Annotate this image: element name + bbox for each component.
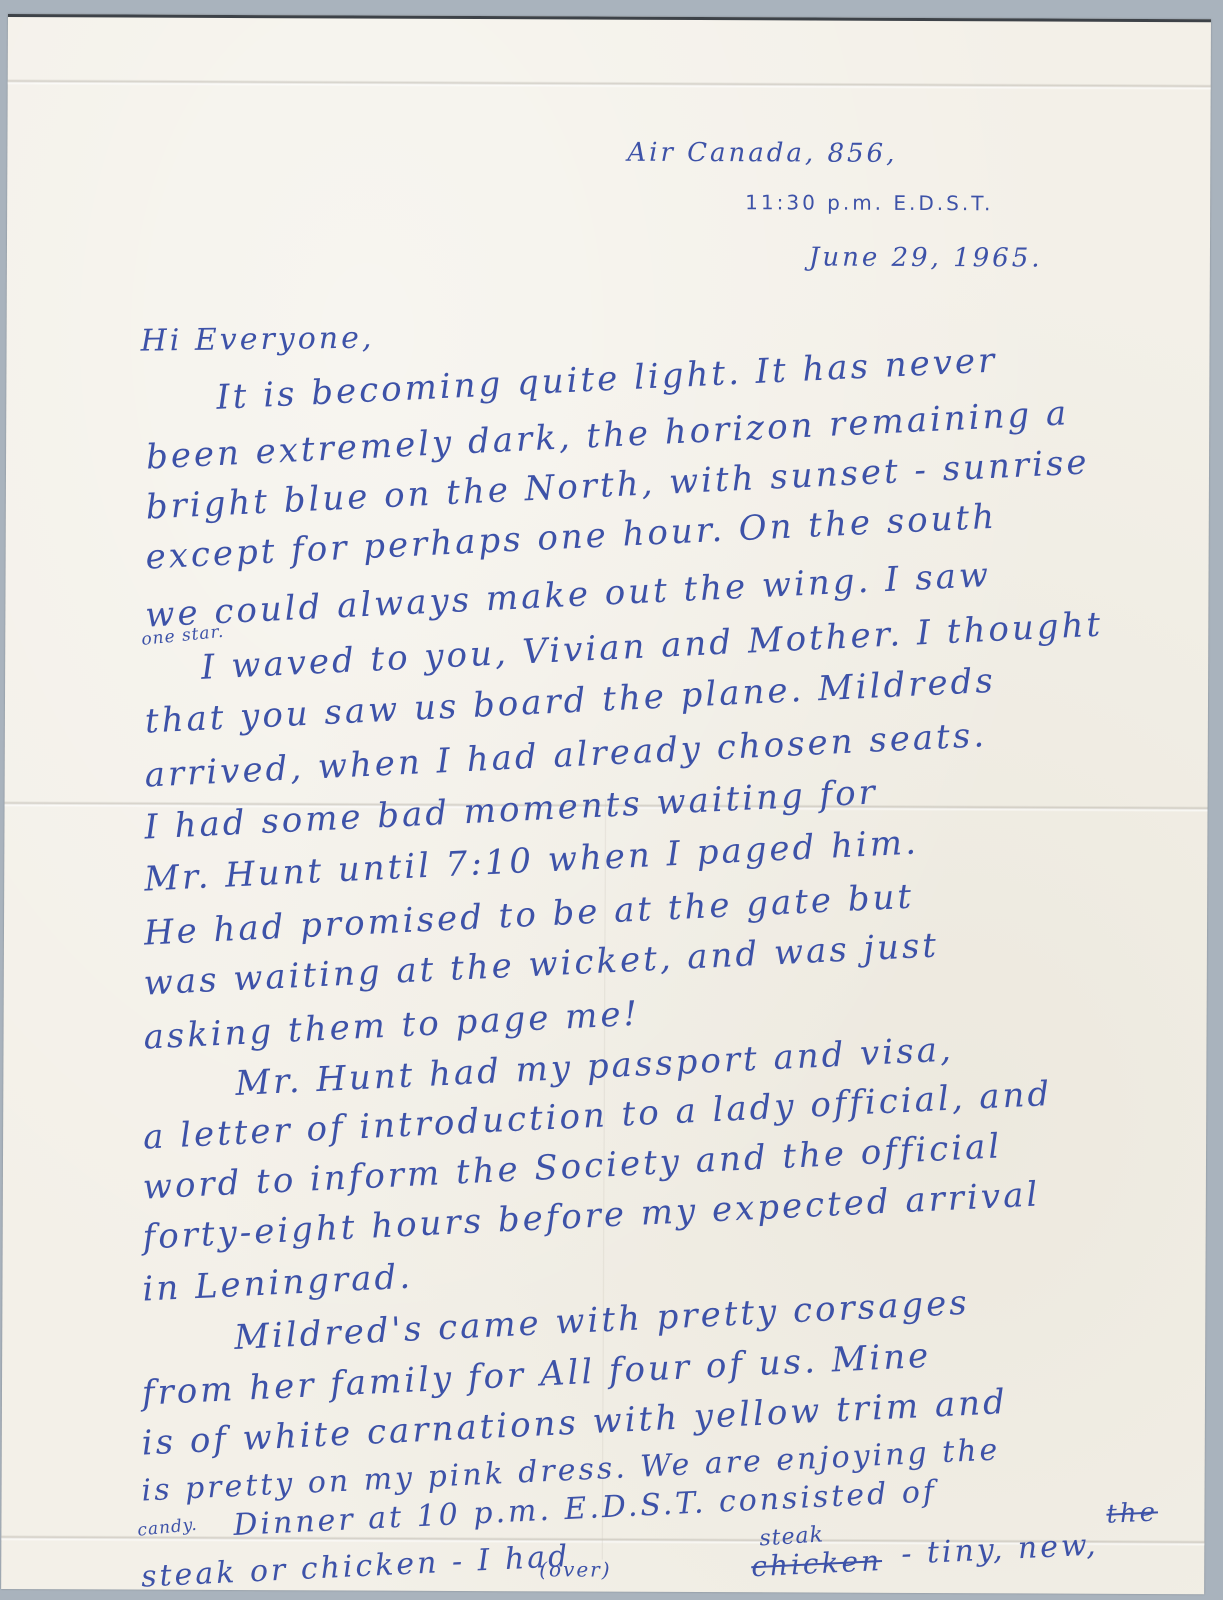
letter-line: in Leningrad. — [141, 1257, 413, 1310]
letter-page: Air Canada, 856, 11:30 p.m. E.D.S.T. Jun… — [1, 14, 1211, 1594]
header-location: Air Canada, 856, — [627, 138, 897, 169]
header-time: 11:30 p.m. E.D.S.T. — [745, 190, 993, 215]
letter-line: steak or chicken - I had — [140, 1539, 571, 1595]
struck-word-chicken: chicken — [750, 1544, 882, 1583]
struck-word-the: the — [1106, 1497, 1159, 1529]
fold-crease — [8, 79, 1211, 90]
letter-line: - tiny, new, — [900, 1527, 1099, 1571]
over-note: (over) — [539, 1557, 611, 1581]
header-date: June 29, 1965. — [809, 242, 1043, 273]
salutation: Hi Everyone, — [140, 321, 374, 359]
